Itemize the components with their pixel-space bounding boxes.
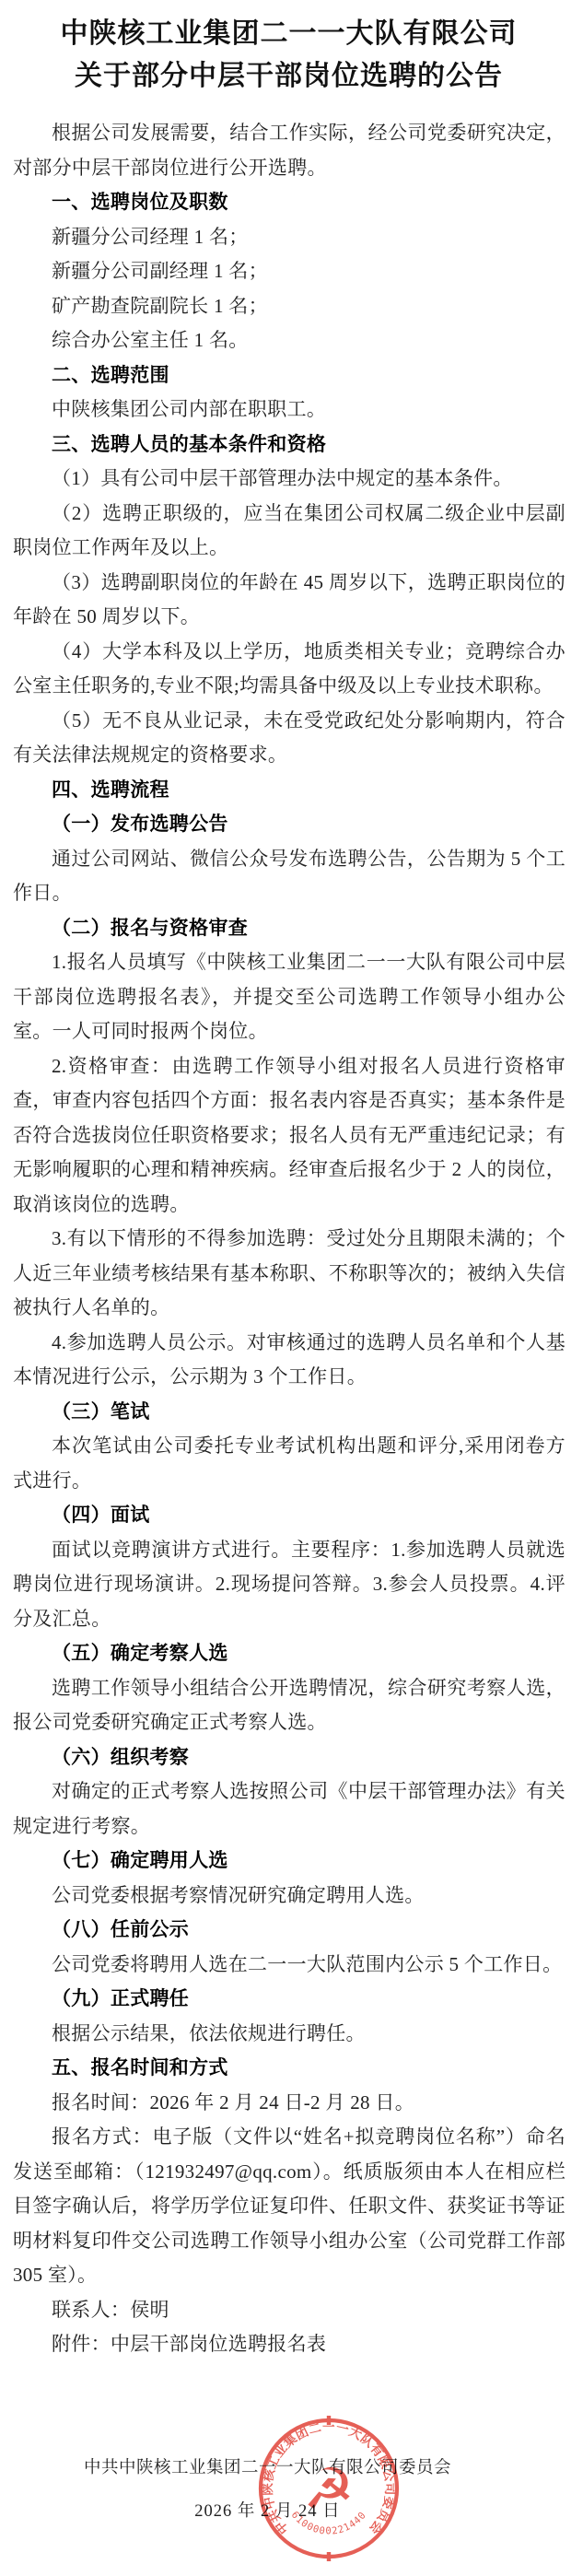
paragraph: 4.参加选聘人员公示。对审核通过的选聘人员名单和个人基本情况进行公示，公示期为 … (13, 1326, 566, 1395)
subsection-heading: （五）确定考察人选 (13, 1636, 566, 1671)
paragraph: 本次笔试由公司委托专业考试机构出题和评分,采用闭卷方式进行。 (13, 1429, 566, 1498)
signature-date: 2026 年 2 月 24 日 (0, 2498, 559, 2525)
paragraph: 中陕核集团公司内部在职职工。 (13, 392, 566, 427)
position-item: 矿产勘查院副院长 1 名； (13, 289, 566, 324)
paragraph: 根据公示结果，依法依规进行聘任。 (13, 2017, 566, 2052)
position-item: 新疆分公司副经理 1 名； (13, 254, 566, 289)
document-page: 中陕核工业集团二一一大队有限公司 关于部分中层干部岗位选聘的公告 根据公司发展需… (0, 0, 583, 2576)
document-title-line1: 中陕核工业集团二一一大队有限公司 (13, 13, 565, 55)
paragraph: 通过公司网站、微信公众号发布选聘公告，公告期为 5 个工作日。 (13, 842, 566, 911)
subsection-heading: （一）发布选聘公告 (13, 807, 566, 842)
paragraph: 对确定的正式考察人选按照公司《中层干部管理办法》有关规定进行考察。 (13, 1774, 566, 1844)
registration-time: 报名时间：2026 年 2 月 24 日-2 月 28 日。 (13, 2086, 566, 2121)
subsection-heading: （三）笔试 (13, 1395, 566, 1430)
registration-method: 报名方式：电子版（文件以“姓名+拟竞聘岗位名称”）命名发送至邮箱：（121932… (13, 2120, 566, 2293)
position-item: 新疆分公司经理 1 名； (13, 220, 566, 255)
subsection-heading: （九）正式聘任 (13, 1982, 566, 2017)
condition-item: （4）大学本科及以上学历，地质类相关专业；竞聘综合办公室主任职务的,专业不限;均… (13, 635, 566, 704)
subsection-heading: （六）组织考察 (13, 1740, 566, 1775)
section-heading-5: 五、报名时间和方式 (13, 2051, 566, 2086)
section-heading-3: 三、选聘人员的基本条件和资格 (13, 427, 566, 463)
subsection-heading: （八）任前公示 (13, 1913, 566, 1948)
contact-person: 联系人：侯明 (13, 2293, 566, 2328)
condition-item: （3）选聘副职岗位的年龄在 45 周岁以下，选聘正职岗位的年龄在 50 周岁以下… (13, 566, 566, 635)
subsection-heading: （二）报名与资格审查 (13, 911, 566, 946)
paragraph: 2.资格审查：由选聘工作领导小组对报名人员进行资格审查，审查内容包括四个方面：报… (13, 1049, 566, 1223)
document-title-line2: 关于部分中层干部岗位选聘的公告 (13, 55, 565, 98)
position-item: 综合办公室主任 1 名。 (13, 323, 566, 358)
paragraph: 3.有以下情形的不得参加选聘：受过处分且期限未满的；个人近三年业绩考核结果有基本… (13, 1222, 566, 1326)
condition-item: （5）无不良从业记录，未在受党政纪处分影响期内，符合有关法律法规规定的资格要求。 (13, 704, 566, 773)
paragraph: 公司党委根据考察情况研究确定聘用人选。 (13, 1879, 566, 1914)
condition-item: （1）具有公司中层干部管理办法中规定的基本条件。 (13, 462, 566, 497)
signature-committee: 中共中陕核工业集团二一一大队有限公司委员会 (0, 2454, 559, 2482)
document-body: 根据公司发展需要，结合工作实际，经公司党委研究决定，对部分中层干部岗位进行公开选… (13, 116, 566, 2362)
section-heading-4: 四、选聘流程 (13, 773, 566, 808)
signature-block: 中共中陕核工业集团二一一大队有限公司委员会 2026 年 2 月 24 日 (0, 2454, 559, 2525)
attachment-note: 附件：中层干部岗位选聘报名表 (13, 2327, 566, 2362)
paragraph: 1.报名人员填写《中陕核工业集团二一一大队有限公司中层干部岗位选聘报名表》，并提… (13, 945, 566, 1049)
section-heading-1: 一、选聘岗位及职数 (13, 185, 566, 220)
subsection-heading: （七）确定聘用人选 (13, 1844, 566, 1879)
paragraph: 公司党委将聘用人选在二一一大队范围内公示 5 个工作日。 (13, 1948, 566, 1983)
document-title: 中陕核工业集团二一一大队有限公司 关于部分中层干部岗位选聘的公告 (13, 13, 565, 98)
condition-item: （2）选聘正职级的，应当在集团公司权属二级企业中层副职岗位工作两年及以上。 (13, 497, 566, 566)
intro-paragraph: 根据公司发展需要，结合工作实际，经公司党委研究决定，对部分中层干部岗位进行公开选… (13, 116, 566, 185)
seal-top-notch (327, 2416, 331, 2425)
subsection-heading: （四）面试 (13, 1498, 566, 1533)
paragraph: 选聘工作领导小组结合公开选聘情况，综合研究考察人选，报公司党委研究确定正式考察人… (13, 1671, 566, 1740)
paragraph: 面试以竞聘演讲方式进行。主要程序：1.参加选聘人员就选聘岗位进行现场演讲。2.现… (13, 1533, 566, 1637)
seal-bottom-notch (327, 2552, 331, 2561)
section-heading-2: 二、选聘范围 (13, 358, 566, 393)
